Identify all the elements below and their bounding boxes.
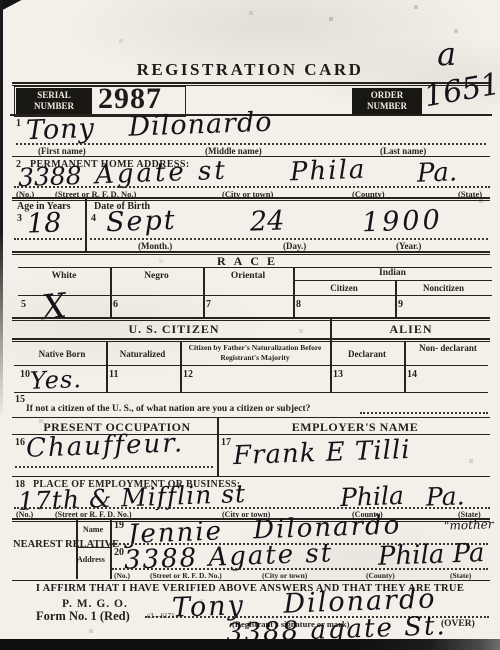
registration-card-scan: REGISTRATION CARD a SERIAL NUMBER 2987 O… bbox=[0, 0, 500, 650]
rule bbox=[12, 197, 490, 201]
field-number: 5 bbox=[21, 299, 26, 310]
divider bbox=[217, 417, 219, 476]
divider bbox=[330, 319, 332, 392]
relative-name-note-handwritten: "mother bbox=[444, 518, 494, 532]
field-number: 17 bbox=[221, 437, 231, 448]
rule bbox=[76, 547, 110, 548]
dotted-line bbox=[360, 412, 488, 414]
race-negro-label: Negro bbox=[110, 271, 203, 281]
citizen-by-father-label: Citizen by Father's Naturalization Befor… bbox=[180, 343, 330, 363]
relative-address-label: Address bbox=[77, 555, 105, 564]
us-citizen-title: U. S. CITIZEN bbox=[18, 322, 330, 337]
declarant-label: Declarant bbox=[330, 349, 404, 359]
col-label-county: (County) bbox=[366, 571, 395, 580]
rule bbox=[14, 365, 488, 366]
first-name-label: (First name) bbox=[38, 146, 86, 156]
home-address-city-handwritten: Phila bbox=[290, 157, 367, 186]
scan-corner-mark bbox=[0, 0, 23, 12]
field-number: 1 bbox=[16, 118, 21, 129]
field-number: 7 bbox=[206, 299, 211, 310]
field-number: 12 bbox=[183, 369, 193, 380]
dotted-line bbox=[14, 507, 490, 509]
field-number: 4 bbox=[91, 213, 96, 224]
dotted-line bbox=[14, 238, 82, 240]
divider bbox=[203, 267, 205, 317]
month-label: (Month.) bbox=[138, 241, 172, 251]
relative-address-tail-handwritten: Phila Pa bbox=[378, 540, 485, 570]
field-number: 9 bbox=[398, 299, 403, 310]
divider bbox=[110, 267, 112, 317]
employer-header: EMPLOYER'S NAME bbox=[222, 420, 488, 435]
registrant-name-handwritten: Tony Dilonardo bbox=[26, 109, 273, 145]
dotted-line bbox=[15, 466, 213, 468]
race-oriental-label: Oriental bbox=[203, 271, 293, 281]
age-value-handwritten: 18 bbox=[27, 209, 62, 237]
scan-bottom-edge bbox=[0, 639, 500, 650]
birth-year-handwritten: 1900 bbox=[362, 207, 444, 237]
col-label-street: (Street or R. F. D. No.) bbox=[150, 571, 222, 580]
year-label: (Year.) bbox=[396, 241, 421, 251]
home-address-state-handwritten: Pa. bbox=[417, 159, 458, 186]
serial-number-label: SERIAL NUMBER bbox=[16, 88, 92, 115]
rule bbox=[12, 317, 490, 321]
rule bbox=[293, 280, 492, 281]
employer-value-handwritten: Frank E Tilli bbox=[233, 437, 411, 469]
page-title: REGISTRATION CARD bbox=[0, 60, 500, 80]
form-number-label: Form No. 1 (Red) bbox=[36, 609, 130, 624]
native-born-label: Native Born bbox=[18, 349, 106, 359]
field-number: 10 bbox=[20, 369, 30, 380]
field-number: 14 bbox=[407, 369, 417, 380]
divider bbox=[180, 341, 182, 392]
divider bbox=[110, 519, 112, 579]
birth-month-handwritten: Sept bbox=[106, 207, 178, 236]
field-number: 8 bbox=[296, 299, 301, 310]
rule bbox=[14, 392, 488, 393]
divider bbox=[404, 341, 406, 392]
rule bbox=[12, 338, 490, 342]
birth-day-handwritten: 24 bbox=[250, 207, 285, 235]
field-number: 15 bbox=[15, 394, 25, 405]
divider bbox=[106, 341, 108, 392]
field-number: 19 bbox=[114, 520, 124, 531]
dotted-line bbox=[14, 186, 490, 188]
field-number: 6 bbox=[113, 299, 118, 310]
divider bbox=[85, 198, 87, 251]
day-label: (Day.) bbox=[283, 241, 306, 251]
rule bbox=[12, 156, 490, 157]
field-number: 13 bbox=[333, 369, 343, 380]
race-indian-label: Indian bbox=[293, 268, 492, 278]
relative-name-label: Name bbox=[76, 525, 110, 534]
field-number: 16 bbox=[15, 437, 25, 448]
order-number-label: ORDER NUMBER bbox=[352, 88, 422, 115]
field-number: 3 bbox=[17, 213, 22, 224]
alien-title: ALIEN bbox=[330, 322, 492, 337]
native-born-answer-handwritten: Yes. bbox=[30, 367, 83, 393]
race-indian-noncitizen-label: Noncitizen bbox=[395, 283, 492, 293]
divider bbox=[395, 280, 397, 317]
col-label-city: (City or town) bbox=[262, 571, 307, 580]
rule bbox=[12, 417, 490, 418]
col-label-state: (State) bbox=[450, 571, 471, 580]
race-indian-citizen-label: Citizen bbox=[293, 283, 395, 293]
dotted-line bbox=[112, 568, 488, 570]
col-label-no: (No.) bbox=[114, 571, 130, 580]
scan-noise bbox=[0, 0, 2, 2]
rule bbox=[18, 295, 492, 296]
rule bbox=[12, 580, 490, 581]
nation-question-text: If not a citizen of the U. S., of what n… bbox=[26, 404, 310, 414]
divider bbox=[293, 267, 295, 317]
dotted-line bbox=[90, 238, 488, 240]
middle-name-label: (Middle name) bbox=[205, 146, 262, 156]
naturalized-label: Naturalized bbox=[106, 349, 179, 359]
dotted-line bbox=[16, 143, 486, 145]
nondeclarant-label: Non- declarant bbox=[404, 343, 492, 354]
handwritten-corner-note: a bbox=[436, 38, 456, 71]
nearest-relative-label: NEAREST RELATIVE bbox=[13, 538, 119, 552]
occupation-value-handwritten: Chauffeur. bbox=[26, 430, 185, 462]
home-address-street-handwritten: Agate st bbox=[95, 158, 229, 189]
employment-state-handwritten: Pa. bbox=[426, 483, 465, 509]
race-white-label: White bbox=[18, 271, 110, 281]
rule bbox=[12, 476, 490, 477]
last-name-label: (Last name) bbox=[380, 146, 426, 156]
employment-street-handwritten: 17th & Mifflin st bbox=[18, 481, 247, 514]
field-number: 20 bbox=[114, 547, 124, 558]
field-number: 11 bbox=[109, 369, 118, 380]
